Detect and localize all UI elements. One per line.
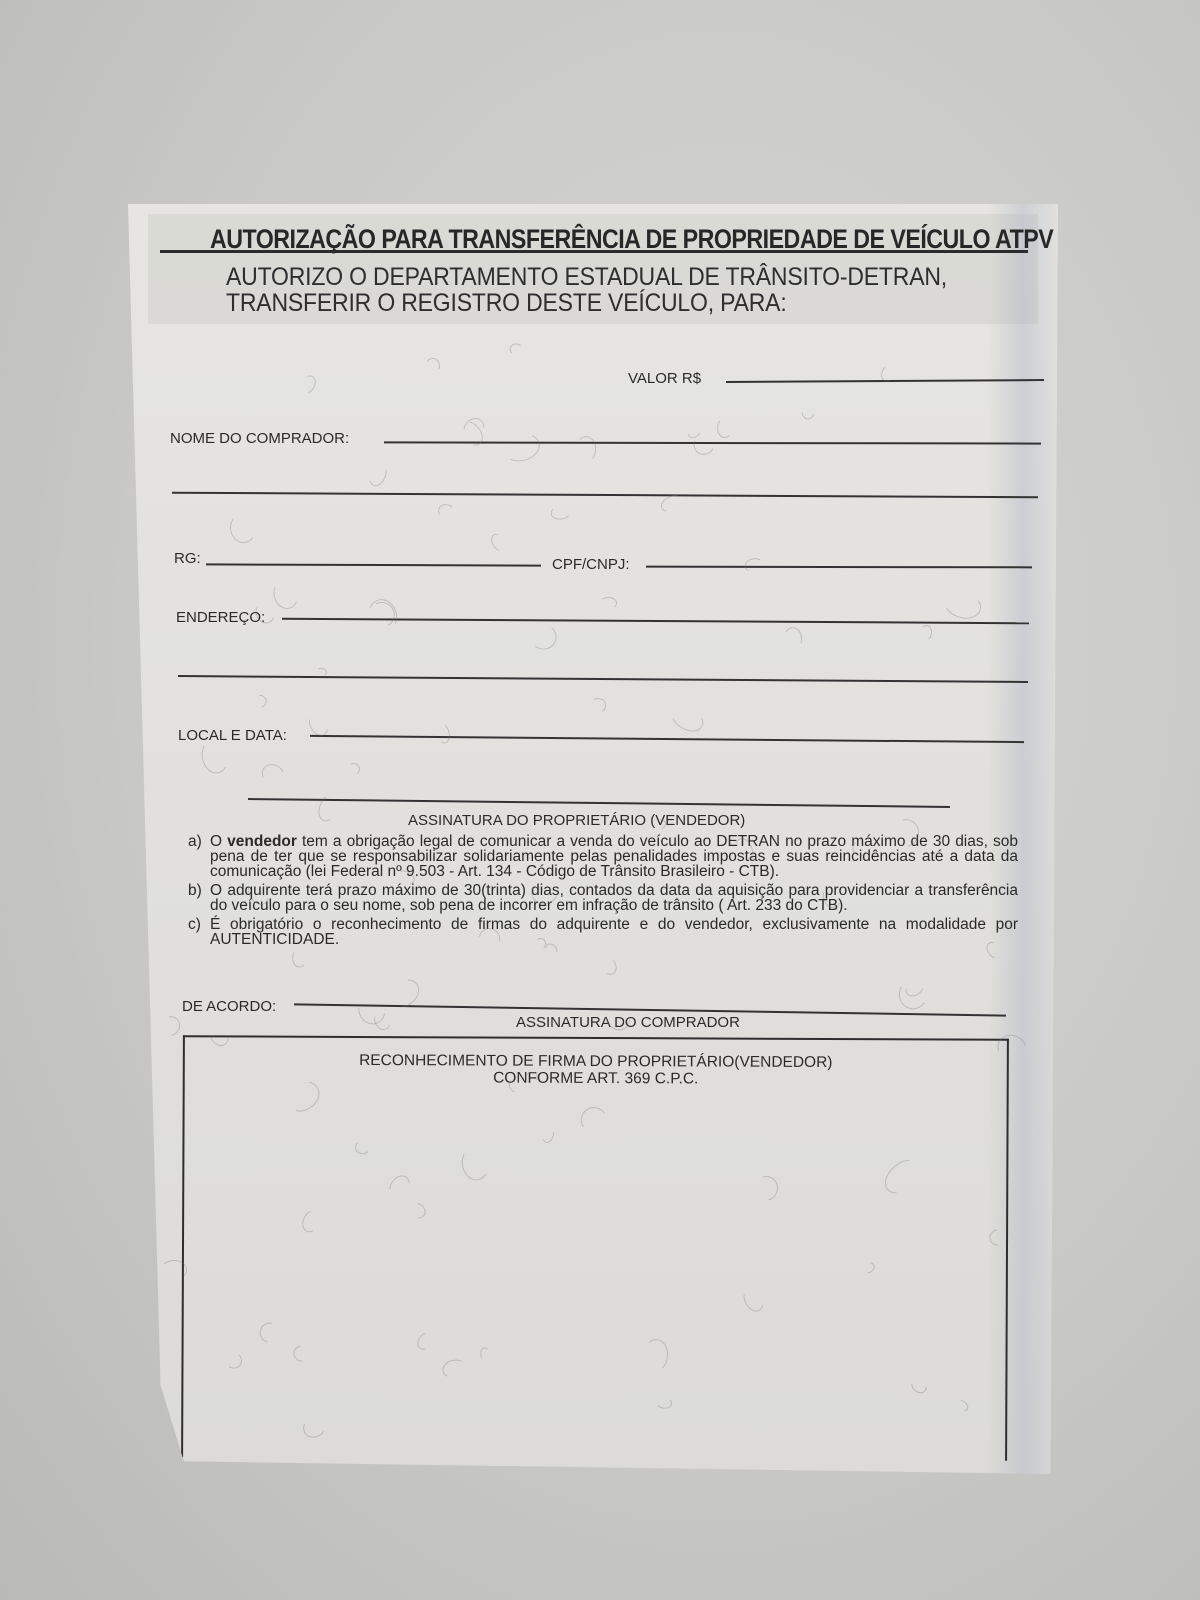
paper-fiber xyxy=(229,512,258,545)
paper-fiber xyxy=(897,978,930,1012)
paper-fiber xyxy=(347,762,361,776)
local-data-label: LOCAL E DATA: xyxy=(178,727,287,744)
paper-fiber xyxy=(160,1259,186,1280)
legal-note-item: c)É obrigatório o reconhecimento de firm… xyxy=(188,917,1018,947)
paper-fiber xyxy=(251,692,268,709)
paper-fiber xyxy=(315,793,340,824)
paper-fiber xyxy=(437,503,455,519)
paper-fiber xyxy=(292,950,308,969)
nome-comprador-label: NOME DO COMPRADOR: xyxy=(170,430,349,447)
vendedor-signature-field[interactable] xyxy=(248,798,950,808)
cpf-cnpj-label: CPF/CNPJ: xyxy=(552,556,630,573)
nome-comprador-field-line-2[interactable] xyxy=(172,492,1038,499)
paper-fiber xyxy=(500,429,543,465)
form-subtitle: AUTORIZO O DEPARTAMENTO ESTADUAL DE TRÂN… xyxy=(226,264,962,316)
paper-fiber xyxy=(424,356,441,374)
paper-fiber xyxy=(782,625,804,650)
paper-fiber xyxy=(298,373,320,397)
paper-fiber xyxy=(601,958,618,976)
note-key: c) xyxy=(188,917,210,947)
rg-label: RG: xyxy=(174,550,201,567)
note-text: É obrigatório o reconhecimento de firmas… xyxy=(210,917,1018,947)
paper-fiber xyxy=(364,595,401,635)
endereco-field-line-2[interactable] xyxy=(178,675,1028,683)
paper-fiber xyxy=(667,700,708,737)
paper-fiber xyxy=(258,761,288,789)
legal-notes: a)O vendedor tem a obrigação legal de co… xyxy=(188,834,1018,951)
paper-fiber xyxy=(366,462,389,489)
cpf-cnpj-field[interactable] xyxy=(646,566,1032,569)
paper-fiber xyxy=(576,436,597,461)
paper-fiber xyxy=(600,596,617,609)
subtitle-line-2: TRANSFERIR O REGISTRO DESTE VEÍCULO, PAR… xyxy=(226,290,962,316)
paper-fiber xyxy=(487,531,509,554)
paper-fiber xyxy=(941,586,985,624)
paper-fiber xyxy=(434,723,451,745)
valor-label: VALOR R$ xyxy=(628,370,701,387)
note-key: a) xyxy=(188,834,210,879)
paper-fiber xyxy=(744,557,764,574)
paper-fiber xyxy=(480,1347,489,1359)
atpv-form-paper: AUTORIZAÇÃO PARA TRANSFERÊNCIA DE PROPRI… xyxy=(128,204,1058,1474)
paper-fiber xyxy=(717,418,732,438)
paper-fiber xyxy=(530,624,558,651)
subtitle-line-1: AUTORIZO O DEPARTAMENTO ESTADUAL DE TRÂN… xyxy=(226,264,962,290)
local-data-field[interactable] xyxy=(310,735,1024,743)
paper-fiber xyxy=(270,577,301,612)
de-acordo-label: DE ACORDO: xyxy=(182,998,276,1015)
legal-note-item: b)O adquirente terá prazo máximo de 30(t… xyxy=(188,883,1018,913)
paper-fiber xyxy=(157,1012,184,1039)
paper-fiber xyxy=(355,1139,371,1154)
paper-fiber xyxy=(551,505,572,521)
note-key: b) xyxy=(188,883,210,913)
paper-fiber xyxy=(919,624,933,642)
rg-field[interactable] xyxy=(206,563,541,566)
title-underline xyxy=(160,250,1028,253)
vendedor-signature-caption: ASSINATURA DO PROPRIETÁRIO (VENDEDOR) xyxy=(408,812,745,829)
endereco-label: ENDEREÇO: xyxy=(176,609,265,626)
note-text: O adquirente terá prazo máximo de 30(tri… xyxy=(210,883,1018,913)
paper-fiber xyxy=(510,343,523,355)
paper-fiber xyxy=(799,405,816,422)
paper-fiber xyxy=(590,697,607,714)
